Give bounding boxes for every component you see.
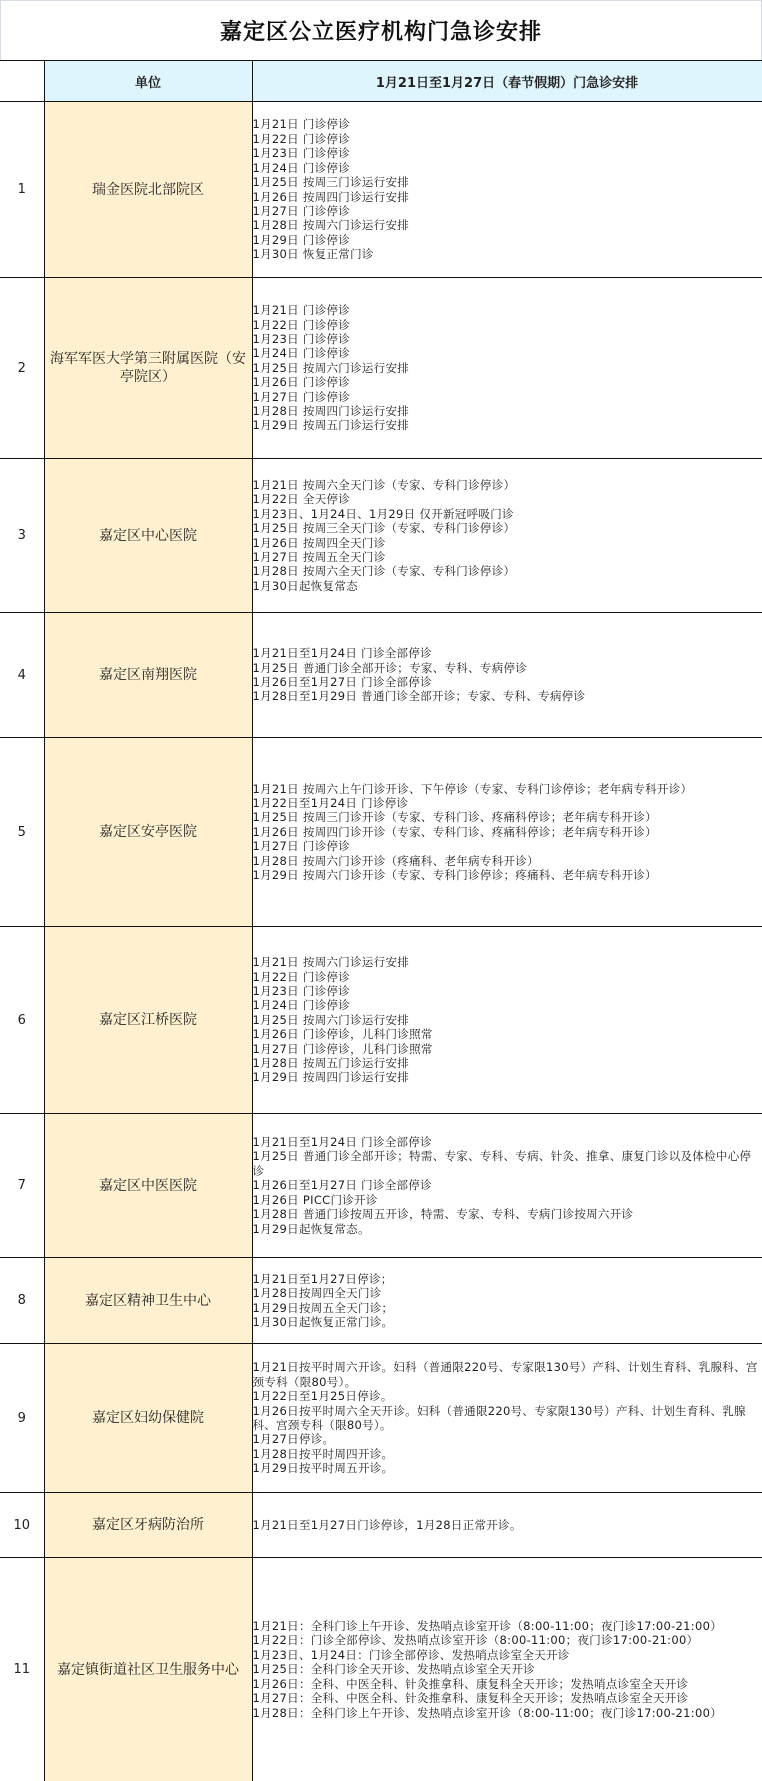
table-row: 8嘉定区精神卫生中心1月21日至1月27日停诊；1月28日按周四全天门诊1月29…: [0, 1258, 762, 1344]
schedule-line: 1月26日 按周四门诊开诊（专家、专科门诊、疼痛科停诊；老年病专科开诊）: [253, 825, 762, 839]
schedule-line: 1月22日 门诊停诊: [253, 970, 762, 984]
unit-name: 嘉定区江桥医院: [44, 927, 252, 1114]
page-title: 嘉定区公立医疗机构门急诊安排: [0, 0, 762, 60]
schedule-line: 1月25日 按周三门诊开诊（专家、专科门诊、疼痛科停诊；老年病专科开诊）: [253, 810, 762, 824]
schedule-line: 1月29日 门诊停诊: [253, 233, 762, 247]
unit-name: 海军军医大学第三附属医院（安亭院区）: [44, 278, 252, 459]
row-index: 7: [0, 1114, 44, 1258]
schedule-line: 1月26日 门诊停诊，儿科门诊照常: [253, 1027, 762, 1041]
schedule-line: 1月21日至1月27日门诊停诊，1月28日正常开诊。: [253, 1518, 762, 1532]
schedule-line: 1月29日 按周五门诊运行安排: [253, 418, 762, 432]
schedule-line: 1月27日 门诊停诊: [253, 390, 762, 404]
schedule-line: 1月27日 门诊停诊，儿科门诊照常: [253, 1042, 762, 1056]
header-index: [0, 61, 44, 102]
row-index: 1: [0, 102, 44, 278]
table-row: 1瑞金医院北部院区1月21日 门诊停诊1月22日 门诊停诊1月23日 门诊停诊1…: [0, 102, 762, 278]
schedule-line: 1月29日按周五全天门诊；: [253, 1301, 762, 1315]
schedule-line: 1月26日 PICC门诊开诊: [253, 1193, 762, 1207]
row-index: 9: [0, 1344, 44, 1493]
schedule-line: 1月25日 按周六门诊运行安排: [253, 1013, 762, 1027]
schedule-line: 1月28日 普通门诊按周五开诊，特需、专家、专科、专病门诊按周六开诊: [253, 1207, 762, 1221]
schedule-cell: 1月21日 按周六全天门诊（专家、专科门诊停诊）1月22日 全天停诊1月23日、…: [252, 459, 762, 613]
schedule-line: 1月30日 恢复正常门诊: [253, 247, 762, 261]
schedule-line: 1月21日 按周六门诊运行安排: [253, 955, 762, 969]
schedule-line: 1月24日 门诊停诊: [253, 998, 762, 1012]
schedule-line: 1月28日按周四全天门诊: [253, 1286, 762, 1300]
schedule-line: 1月30日起恢复正常门诊。: [253, 1315, 762, 1329]
row-index: 5: [0, 738, 44, 927]
schedule-line: 1月26日按平时周六全天开诊。妇科（普通限220号、专家限130号）产科、计划生…: [253, 1404, 762, 1433]
schedule-line: 1月25日 普通门诊全部开诊；特需、专家、专科、专病、针灸、推拿、康复门诊以及体…: [253, 1149, 762, 1178]
schedule-line: 1月21日 门诊停诊: [253, 303, 762, 317]
schedule-cell: 1月21日 按周六上午门诊开诊、下午停诊（专家、专科门诊停诊；老年病专科开诊）1…: [252, 738, 762, 927]
schedule-cell: 1月21日至1月24日 门诊全部停诊1月25日 普通门诊全部开诊；特需、专家、专…: [252, 1114, 762, 1258]
schedule-line: 1月29日 按周六门诊开诊（专家、专科门诊停诊；疼痛科、老年病专科开诊）: [253, 868, 762, 882]
schedule-line: 1月28日 按周六门诊运行安排: [253, 218, 762, 232]
table-row: 6嘉定区江桥医院1月21日 按周六门诊运行安排1月22日 门诊停诊1月23日 门…: [0, 927, 762, 1114]
unit-name: 嘉定镇街道社区卫生服务中心: [44, 1558, 252, 1781]
schedule-line: 1月25日 按周三门诊运行安排: [253, 175, 762, 189]
header-plan: 1月21日至1月27日（春节假期）门急诊安排: [252, 61, 762, 102]
table-row: 3嘉定区中心医院1月21日 按周六全天门诊（专家、专科门诊停诊）1月22日 全天…: [0, 459, 762, 613]
schedule-line: 1月21日 按周六全天门诊（专家、专科门诊停诊）: [253, 478, 762, 492]
schedule-cell: 1月21日 门诊停诊1月22日 门诊停诊1月23日 门诊停诊1月24日 门诊停诊…: [252, 278, 762, 459]
unit-name: 嘉定区精神卫生中心: [44, 1258, 252, 1344]
table-row: 5嘉定区安亭医院1月21日 按周六上午门诊开诊、下午停诊（专家、专科门诊停诊；老…: [0, 738, 762, 927]
schedule-line: 1月22日：门诊全部停诊、发热哨点诊室开诊（8:00-11:00；夜门诊17:0…: [253, 1633, 762, 1647]
unit-name: 嘉定区中心医院: [44, 459, 252, 613]
schedule-cell: 1月21日至1月27日门诊停诊，1月28日正常开诊。: [252, 1493, 762, 1558]
schedule-line: 1月29日起恢复常态。: [253, 1222, 762, 1236]
schedule-line: 1月22日 门诊停诊: [253, 132, 762, 146]
schedule-line: 1月23日 门诊停诊: [253, 984, 762, 998]
schedule-line: 1月22日 全天停诊: [253, 492, 762, 506]
schedule-line: 1月26日至1月27日 门诊全部停诊: [253, 675, 762, 689]
row-index: 4: [0, 613, 44, 738]
schedule-line: 1月25日：全科门诊全天开诊、发热哨点诊室全天开诊: [253, 1662, 762, 1676]
schedule-line: 1月28日至1月29日 普通门诊全部开诊；专家、专科、专病停诊: [253, 689, 762, 703]
table-row: 2海军军医大学第三附属医院（安亭院区）1月21日 门诊停诊1月22日 门诊停诊1…: [0, 278, 762, 459]
schedule-cell: 1月21日：全科门诊上午开诊、发热哨点诊室开诊（8:00-11:00；夜门诊17…: [252, 1558, 762, 1781]
schedule-line: 1月21日至1月27日停诊；: [253, 1272, 762, 1286]
schedule-line: 1月26日 门诊停诊: [253, 375, 762, 389]
table-row: 10嘉定区牙病防治所1月21日至1月27日门诊停诊，1月28日正常开诊。: [0, 1493, 762, 1558]
table-row: 7嘉定区中医医院1月21日至1月24日 门诊全部停诊1月25日 普通门诊全部开诊…: [0, 1114, 762, 1258]
unit-name: 嘉定区妇幼保健院: [44, 1344, 252, 1493]
schedule-line: 1月25日 普通门诊全部开诊；专家、专科、专病停诊: [253, 661, 762, 675]
unit-name: 嘉定区中医医院: [44, 1114, 252, 1258]
schedule-line: 1月23日 门诊停诊: [253, 332, 762, 346]
schedule-table: 单位 1月21日至1月27日（春节假期）门急诊安排 1瑞金医院北部院区1月21日…: [0, 60, 762, 1781]
schedule-cell: 1月21日至1月27日停诊；1月28日按周四全天门诊1月29日按周五全天门诊；1…: [252, 1258, 762, 1344]
schedule-line: 1月24日 门诊停诊: [253, 161, 762, 175]
schedule-line: 1月25日 按周六门诊运行安排: [253, 361, 762, 375]
row-index: 8: [0, 1258, 44, 1344]
schedule-line: 1月29日 按周四门诊运行安排: [253, 1070, 762, 1084]
schedule-line: 1月28日：全科门诊上午开诊、发热哨点诊室开诊（8:00-11:00；夜门诊17…: [253, 1706, 762, 1720]
schedule-line: 1月27日停诊。: [253, 1432, 762, 1446]
schedule-line: 1月26日至1月27日 门诊全部停诊: [253, 1178, 762, 1192]
schedule-cell: 1月21日 按周六门诊运行安排1月22日 门诊停诊1月23日 门诊停诊1月24日…: [252, 927, 762, 1114]
schedule-cell: 1月21日至1月24日 门诊全部停诊1月25日 普通门诊全部开诊；专家、专科、专…: [252, 613, 762, 738]
schedule-line: 1月24日 门诊停诊: [253, 346, 762, 360]
schedule-line: 1月27日：全科、中医全科、针灸推拿科、康复科全天开诊；发热哨点诊室全天开诊: [253, 1691, 762, 1705]
unit-name: 瑞金医院北部院区: [44, 102, 252, 278]
schedule-line: 1月22日至1月25日停诊。: [253, 1389, 762, 1403]
schedule-line: 1月21日至1月24日 门诊全部停诊: [253, 1135, 762, 1149]
header-unit: 单位: [44, 61, 252, 102]
schedule-line: 1月28日 按周四门诊运行安排: [253, 404, 762, 418]
schedule-line: 1月21日 门诊停诊: [253, 117, 762, 131]
schedule-line: 1月30日起恢复常态: [253, 579, 762, 593]
schedule-line: 1月21日至1月24日 门诊全部停诊: [253, 646, 762, 660]
schedule-line: 1月28日按平时周四开诊。: [253, 1447, 762, 1461]
schedule-line: 1月23日、1月24日、1月29日 仅开新冠呼吸门诊: [253, 507, 762, 521]
table-header-row: 单位 1月21日至1月27日（春节假期）门急诊安排: [0, 61, 762, 102]
schedule-line: 1月22日 门诊停诊: [253, 318, 762, 332]
table-body: 1瑞金医院北部院区1月21日 门诊停诊1月22日 门诊停诊1月23日 门诊停诊1…: [0, 102, 762, 1781]
schedule-cell: 1月21日按平时周六开诊。妇科（普通限220号、专家限130号）产科、计划生育科…: [252, 1344, 762, 1493]
schedule-line: 1月27日 门诊停诊: [253, 204, 762, 218]
schedule-line: 1月21日 按周六上午门诊开诊、下午停诊（专家、专科门诊停诊；老年病专科开诊）: [253, 782, 762, 796]
unit-name: 嘉定区安亭医院: [44, 738, 252, 927]
schedule-line: 1月26日：全科、中医全科、针灸推拿科、康复科全天开诊；发热哨点诊室全天开诊: [253, 1677, 762, 1691]
schedule-line: 1月25日 按周三全天门诊（专家、专科门诊停诊）: [253, 521, 762, 535]
schedule-line: 1月27日 按周五全天门诊: [253, 550, 762, 564]
row-index: 10: [0, 1493, 44, 1558]
schedule-line: 1月23日、1月24日：门诊全部停诊、发热哨点诊室全天开诊: [253, 1648, 762, 1662]
table-row: 4嘉定区南翔医院1月21日至1月24日 门诊全部停诊1月25日 普通门诊全部开诊…: [0, 613, 762, 738]
schedule-line: 1月28日 按周六门诊开诊（疼痛科、老年病专科开诊）: [253, 854, 762, 868]
row-index: 6: [0, 927, 44, 1114]
table-row: 11嘉定镇街道社区卫生服务中心1月21日：全科门诊上午开诊、发热哨点诊室开诊（8…: [0, 1558, 762, 1781]
schedule-line: 1月26日 按周四门诊运行安排: [253, 190, 762, 204]
row-index: 3: [0, 459, 44, 613]
table-row: 9嘉定区妇幼保健院1月21日按平时周六开诊。妇科（普通限220号、专家限130号…: [0, 1344, 762, 1493]
unit-name: 嘉定区南翔医院: [44, 613, 252, 738]
schedule-line: 1月28日 按周六全天门诊（专家、专科门诊停诊）: [253, 564, 762, 578]
row-index: 2: [0, 278, 44, 459]
schedule-line: 1月29日按平时周五开诊。: [253, 1461, 762, 1475]
unit-name: 嘉定区牙病防治所: [44, 1493, 252, 1558]
schedule-cell: 1月21日 门诊停诊1月22日 门诊停诊1月23日 门诊停诊1月24日 门诊停诊…: [252, 102, 762, 278]
row-index: 11: [0, 1558, 44, 1781]
schedule-line: 1月21日：全科门诊上午开诊、发热哨点诊室开诊（8:00-11:00；夜门诊17…: [253, 1619, 762, 1633]
schedule-line: 1月26日 按周四全天门诊: [253, 536, 762, 550]
schedule-line: 1月22日至1月24日 门诊停诊: [253, 796, 762, 810]
schedule-line: 1月27日 门诊停诊: [253, 839, 762, 853]
schedule-line: 1月21日按平时周六开诊。妇科（普通限220号、专家限130号）产科、计划生育科…: [253, 1360, 762, 1389]
schedule-line: 1月23日 门诊停诊: [253, 146, 762, 160]
schedule-line: 1月28日 按周五门诊运行安排: [253, 1056, 762, 1070]
